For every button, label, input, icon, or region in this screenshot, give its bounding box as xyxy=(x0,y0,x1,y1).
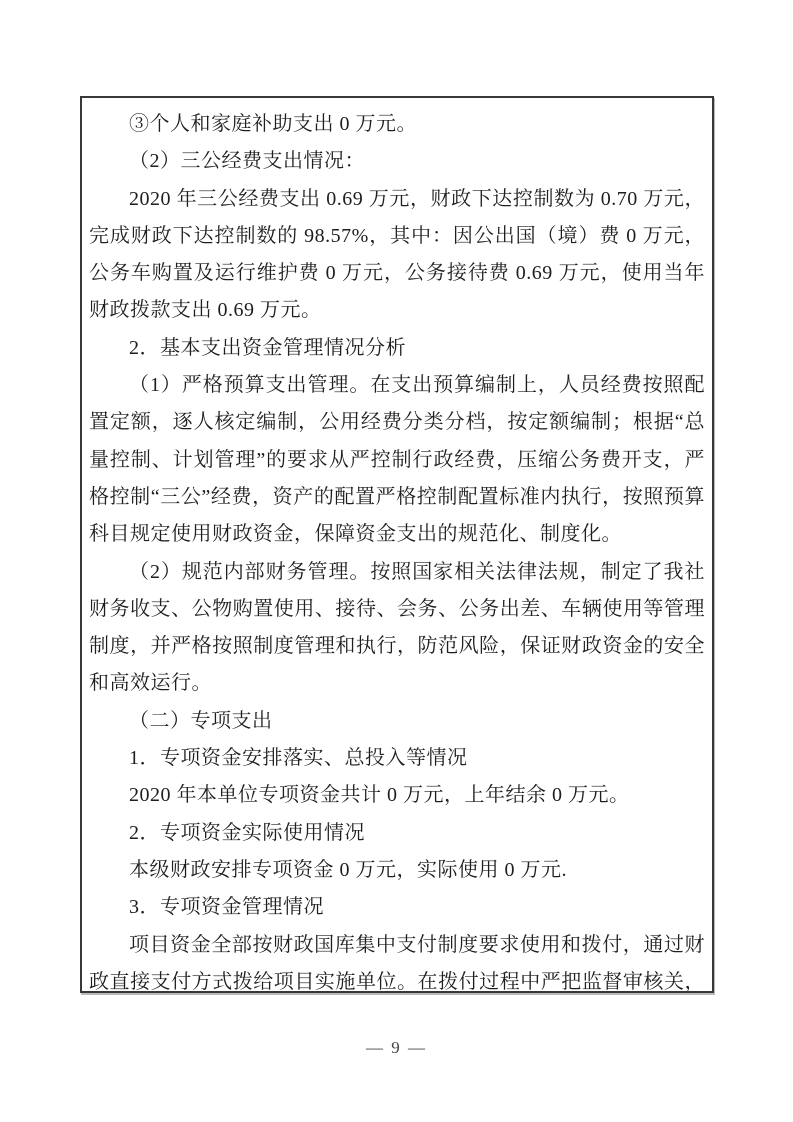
heading-basic-expenditure-management: 2．基本支出资金管理情况分析 xyxy=(89,330,705,367)
paragraph-three-public-funds-detail: 2020 年三公经费支出 0.69 万元，财政下达控制数为 0.70 万元，完成… xyxy=(89,181,705,330)
paragraph-special-funds-actual-use: 本级财政安排专项资金 0 万元，实际使用 0 万元. xyxy=(89,852,705,889)
heading-special-funds-actual-use: 2．专项资金实际使用情况 xyxy=(89,815,705,852)
paragraph-three-public-funds-heading: （2）三公经费支出情况： xyxy=(89,143,705,180)
paragraph-special-funds-total: 2020 年本单位专项资金共计 0 万元，上年结余 0 万元。 xyxy=(89,777,705,814)
paragraph-personal-family-subsidy: ③个人和家庭补助支出 0 万元。 xyxy=(89,106,705,143)
paragraph-internal-finance-management: （2）规范内部财务管理。按照国家相关法律法规，制定了我社财务收支、公物购置使用、… xyxy=(89,554,705,703)
document-page: ③个人和家庭补助支出 0 万元。 （2）三公经费支出情况： 2020 年三公经费… xyxy=(0,0,793,1122)
heading-special-funds-management: 3．专项资金管理情况 xyxy=(89,889,705,926)
report-table-cell: ③个人和家庭补助支出 0 万元。 （2）三公经费支出情况： 2020 年三公经费… xyxy=(80,96,714,993)
paragraph-strict-budget-management: （1）严格预算支出管理。在支出预算编制上，人员经费按照配置定额，逐人核定编制，公… xyxy=(89,367,705,553)
heading-special-funds-arrangement: 1．专项资金安排落实、总投入等情况 xyxy=(89,740,705,777)
paragraph-special-funds-management-detail: 项目资金全部按财政国库集中支付制度要求使用和拨付，通过财政直接支付方式拨给项目实… xyxy=(89,927,705,993)
heading-special-expenditure: （二）专项支出 xyxy=(89,703,705,740)
page-number: — 9 — xyxy=(0,1036,793,1060)
